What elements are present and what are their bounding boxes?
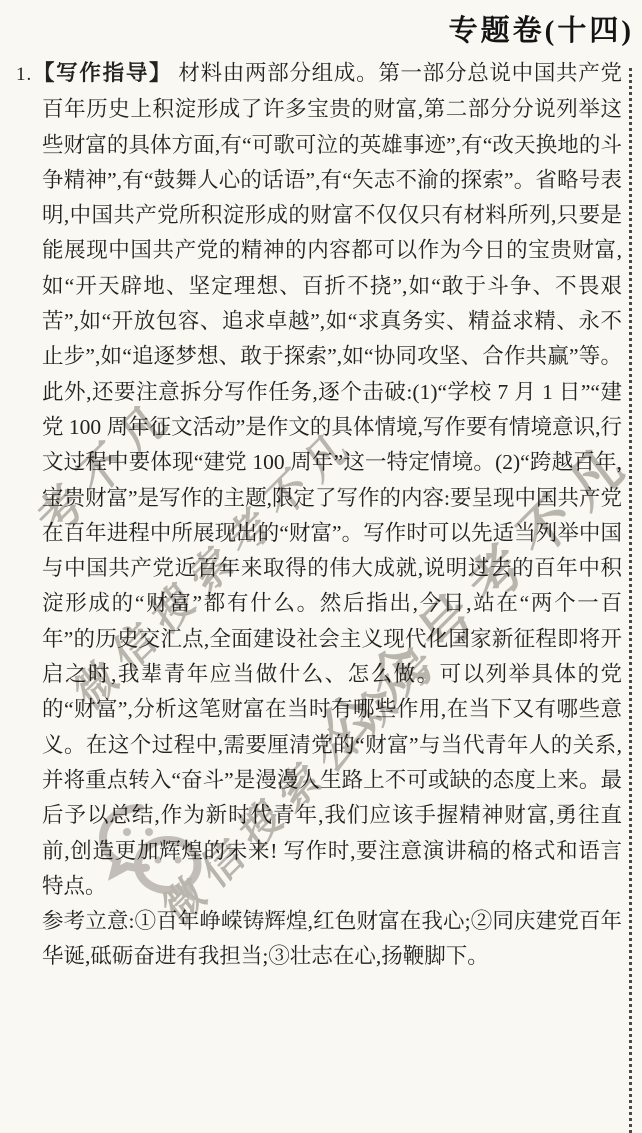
reference-ideas-paragraph: 参考立意:①百年峥嵘铸辉煌,红色财富在我心;②同庆建党百年华诞,砥砺奋进有我担当…	[16, 904, 622, 975]
answer-content: 1.【写作指导】 材料由两部分组成。第一部分总说中国共产党百年历史上积淀形成了许…	[16, 56, 622, 975]
question-number: 1.	[16, 64, 32, 85]
writing-guide-paragraph: 1.【写作指导】 材料由两部分组成。第一部分总说中国共产党百年历史上积淀形成了许…	[16, 56, 622, 904]
page-title: 专题卷(十四)	[449, 8, 634, 49]
writing-guide-label: 【写作指导】	[32, 61, 172, 85]
answer-sheet-page: 专题卷(十四) 1.【写作指导】 材料由两部分组成。第一部分总说中国共产党百年历…	[0, 0, 642, 1133]
page-edge-dotted-line	[629, 68, 632, 1133]
writing-guide-body: 材料由两部分组成。第一部分总说中国共产党百年历史上积淀形成了许多宝贵的财富,第二…	[42, 61, 622, 898]
